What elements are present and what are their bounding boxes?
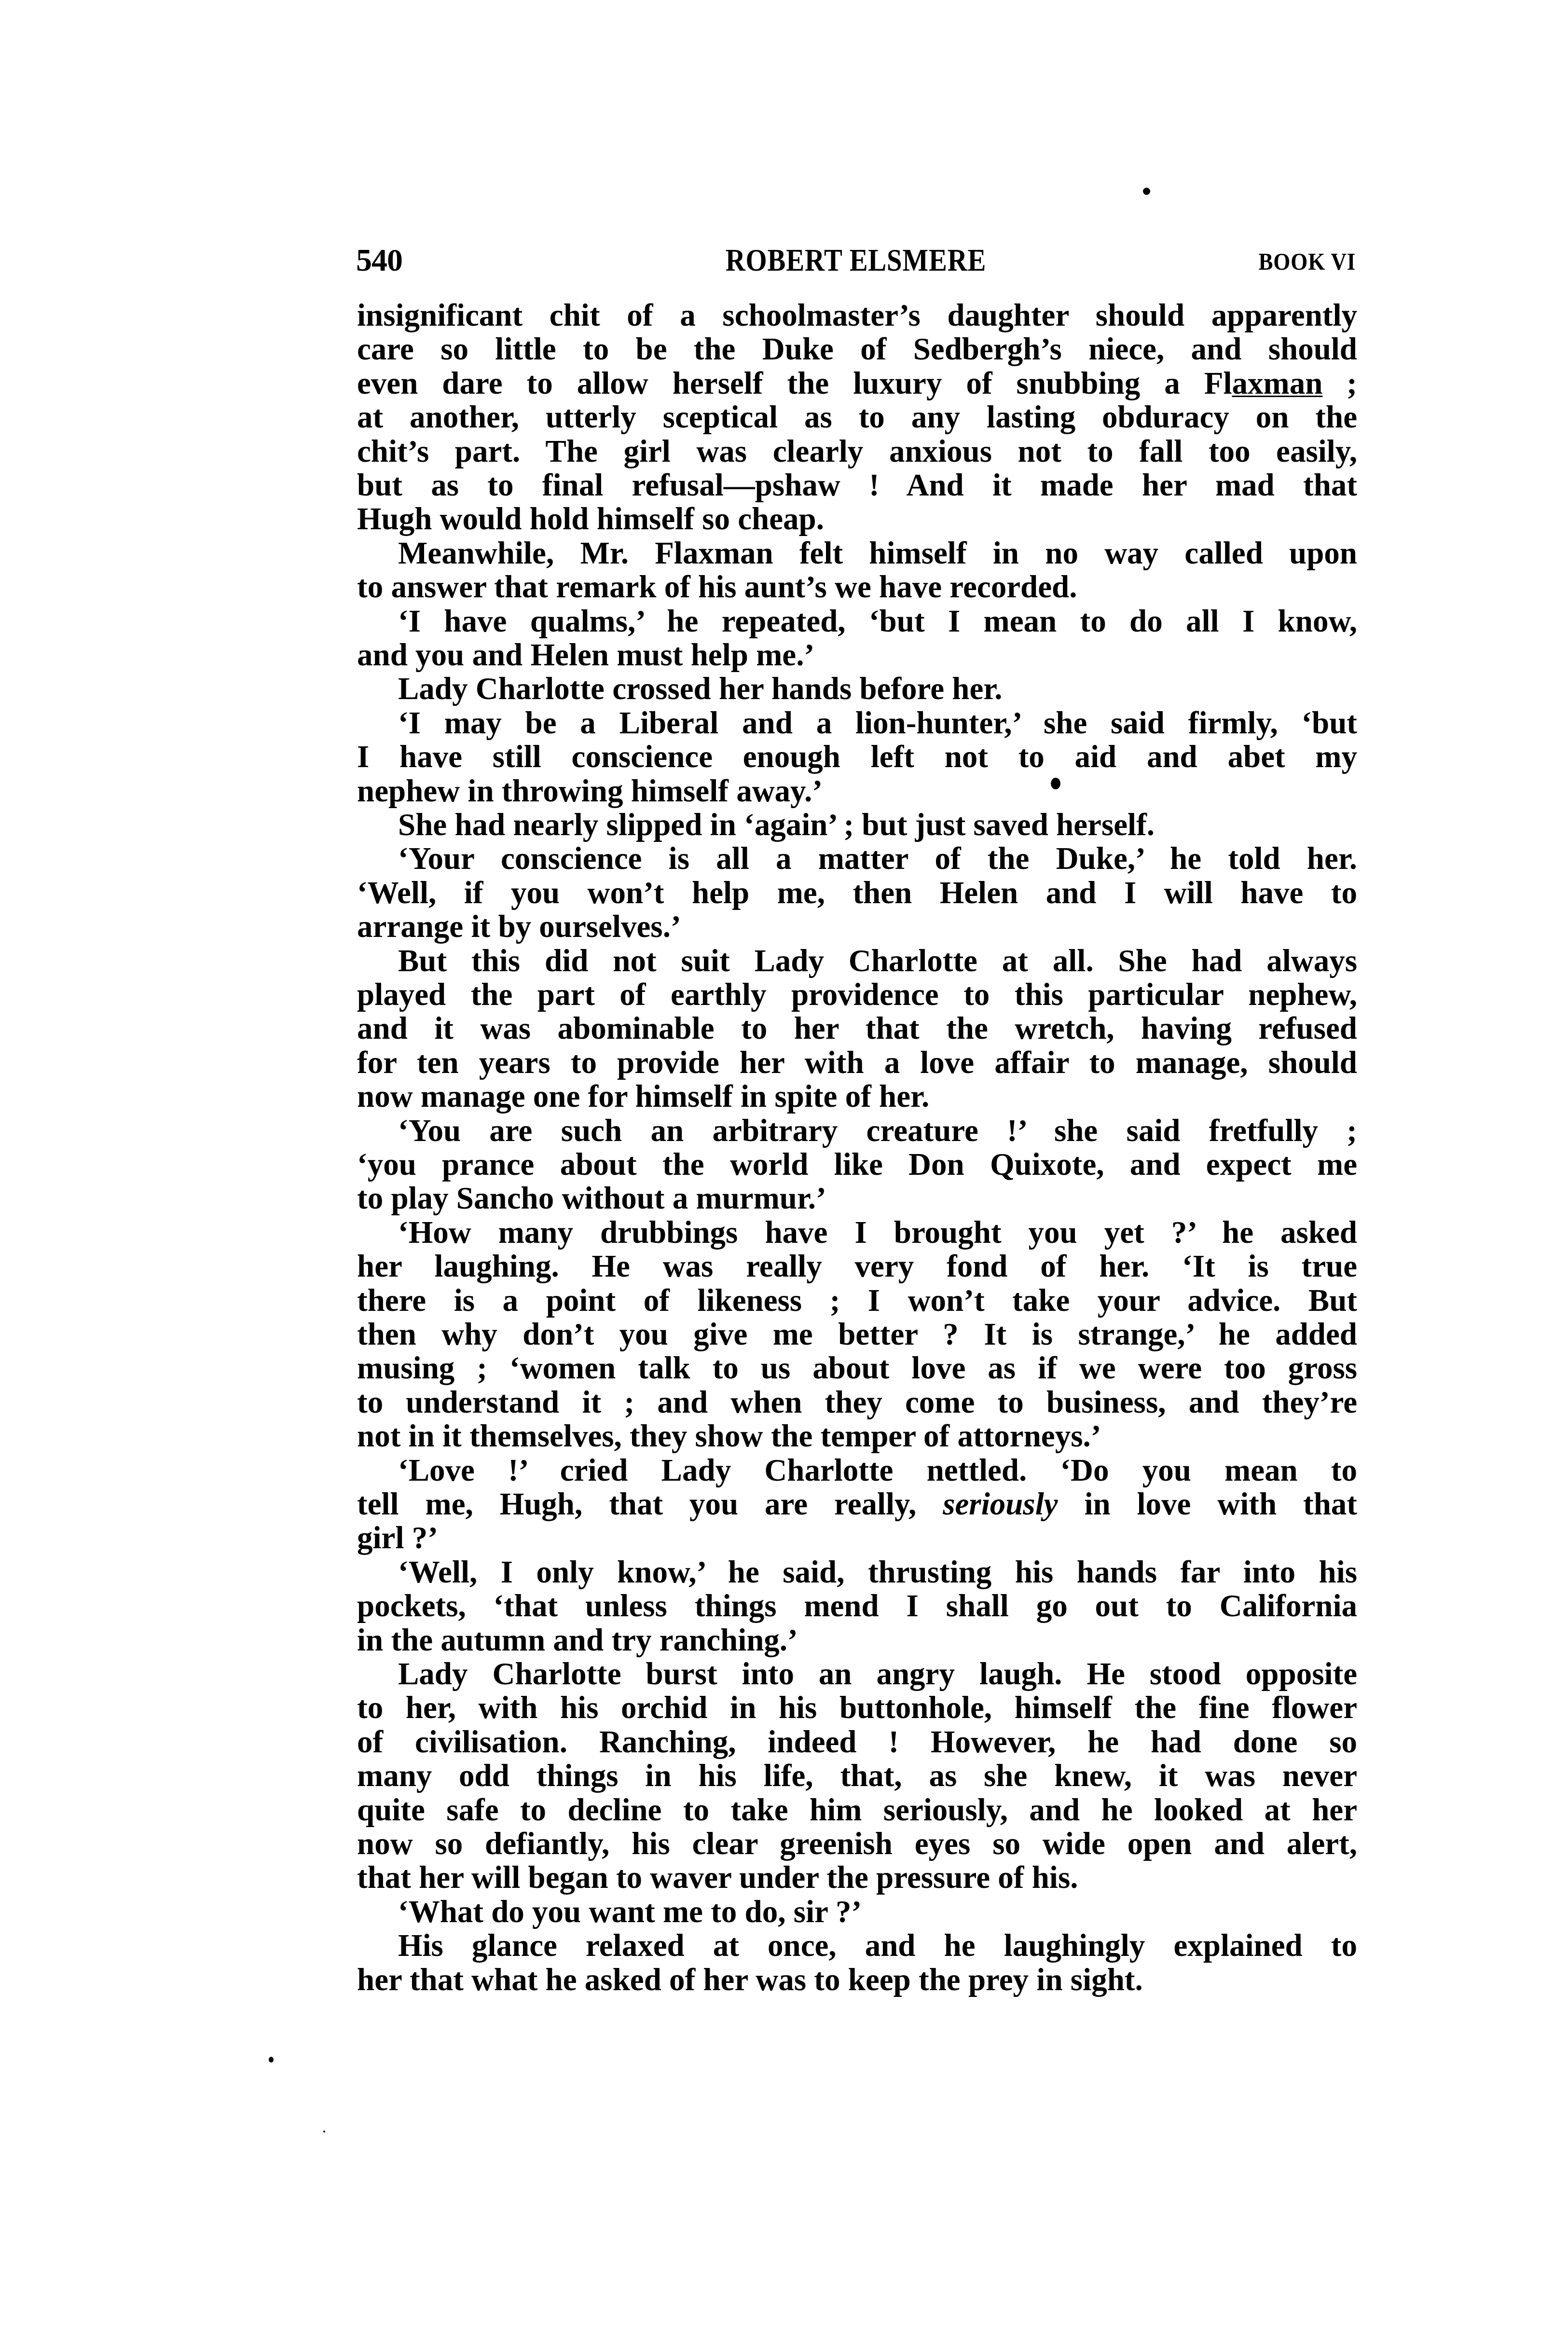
text-line: to her, with his orchid in his buttonhol… (357, 1691, 1357, 1725)
text-line: ‘Love !’ cried Lady Charlotte nettled. ‘… (398, 1454, 1357, 1487)
text-line: arrange it by ourselves.’ (357, 910, 1357, 944)
text-line: now manage one for himself in spite of h… (357, 1080, 1357, 1114)
text-segment: even dare to allow herself the luxury of… (357, 366, 1232, 401)
text-line: even dare to allow herself the luxury of… (357, 367, 1357, 400)
text-line: many odd things in his life, that, as sh… (357, 1759, 1357, 1793)
text-line: But this did not suit Lady Charlotte at … (398, 944, 1357, 978)
text-line: chit’s part. The girl was clearly anxiou… (357, 435, 1357, 468)
text-line: Meanwhile, Mr. Flaxman felt himself in n… (398, 536, 1357, 570)
italic-emphasis: seriously (943, 1487, 1058, 1522)
text-line: to play Sancho without a murmur.’ (357, 1182, 1357, 1215)
text-line: musing ; ‘women talk to us about love as… (357, 1351, 1357, 1385)
text-line: her laughing. He was really very fond of… (357, 1250, 1357, 1283)
underlined-text: axman (1232, 366, 1323, 401)
text-line: girl ?’ (357, 1521, 1357, 1555)
text-line: now so defiantly, his clear greenish eye… (357, 1827, 1357, 1861)
text-line: She had nearly slipped in ‘again’ ; but … (398, 808, 1357, 842)
text-line: ‘Well, if you won’t help me, then Helen … (357, 876, 1357, 910)
ink-speck (269, 2057, 274, 2063)
text-line: insignificant chit of a schoolmaster’s d… (357, 299, 1357, 332)
text-line: ‘I may be a Liberal and a lion-hunter,’ … (398, 706, 1357, 740)
text-line: pockets, ‘that unless things mend I shal… (357, 1589, 1357, 1623)
text-line: her that what he asked of her was to kee… (357, 1963, 1357, 1997)
text-segment: ; (1322, 366, 1357, 401)
text-line: ‘You are such an arbitrary creature !’ s… (398, 1114, 1357, 1148)
text-line: played the part of earthly providence to… (357, 978, 1357, 1012)
text-line: ‘Well, I only know,’ he said, thrusting … (398, 1555, 1357, 1589)
text-line: ‘you prance about the world like Don Qui… (357, 1148, 1357, 1182)
text-line: but as to final refusal—pshaw ! And it m… (357, 468, 1357, 502)
book-page: 540 ROBERT ELSMERE BOOK VI insignificant… (0, 0, 1568, 2352)
text-line: then why don’t you give me better ? It i… (357, 1318, 1357, 1351)
text-line: and it was abominable to her that the wr… (357, 1012, 1357, 1045)
text-line: Lady Charlotte burst into an angry laugh… (398, 1657, 1357, 1691)
text-line: at another, utterly sceptical as to any … (357, 400, 1357, 434)
book-section: BOOK VI (1258, 245, 1356, 278)
text-line: and you and Helen must help me.’ (357, 638, 1357, 672)
text-line: ‘How many drubbings have I brought you y… (398, 1216, 1357, 1250)
text-line: not in it themselves, they show the temp… (357, 1419, 1357, 1453)
text-line: of civilisation. Ranching, indeed ! Howe… (357, 1725, 1357, 1759)
text-line: nephew in throwing himself away.’ (357, 774, 1357, 808)
text-line: Lady Charlotte crossed her hands before … (398, 672, 1357, 706)
text-line: that her will began to waver under the p… (357, 1861, 1357, 1895)
text-line: tell me, Hugh, that you are really, seri… (357, 1487, 1357, 1521)
text-segment: in love with that (1058, 1487, 1357, 1522)
running-head: 540 ROBERT ELSMERE BOOK VI (356, 244, 1356, 277)
page-number: 540 (356, 244, 402, 277)
ink-speck (1143, 188, 1150, 195)
text-line: care so little to be the Duke of Sedberg… (357, 332, 1357, 366)
ink-speck (1051, 778, 1060, 789)
text-line: ‘I have qualms,’ he repeated, ‘but I mea… (398, 605, 1357, 638)
text-line: to answer that remark of his aunt’s we h… (357, 570, 1357, 604)
text-line: ‘Your conscience is all a matter of the … (398, 842, 1357, 876)
text-line: ‘What do you want me to do, sir ?’ (398, 1895, 1357, 1929)
text-line: in the autumn and try ranching.’ (357, 1623, 1357, 1657)
ink-speck (323, 2131, 325, 2132)
book-title: ROBERT ELSMERE (426, 244, 1286, 277)
text-line: quite safe to decline to take him seriou… (357, 1793, 1357, 1827)
text-line: there is a point of likeness ; I won’t t… (357, 1284, 1357, 1318)
text-line: Hugh would hold himself so cheap. (357, 502, 1357, 536)
text-line: to understand it ; and when they come to… (357, 1386, 1357, 1419)
text-line: I have still conscience enough left not … (357, 740, 1357, 774)
text-segment: tell me, Hugh, that you are really, (357, 1487, 943, 1522)
text-line: for ten years to provide her with a love… (357, 1046, 1357, 1080)
text-line: His glance relaxed at once, and he laugh… (398, 1929, 1357, 1963)
